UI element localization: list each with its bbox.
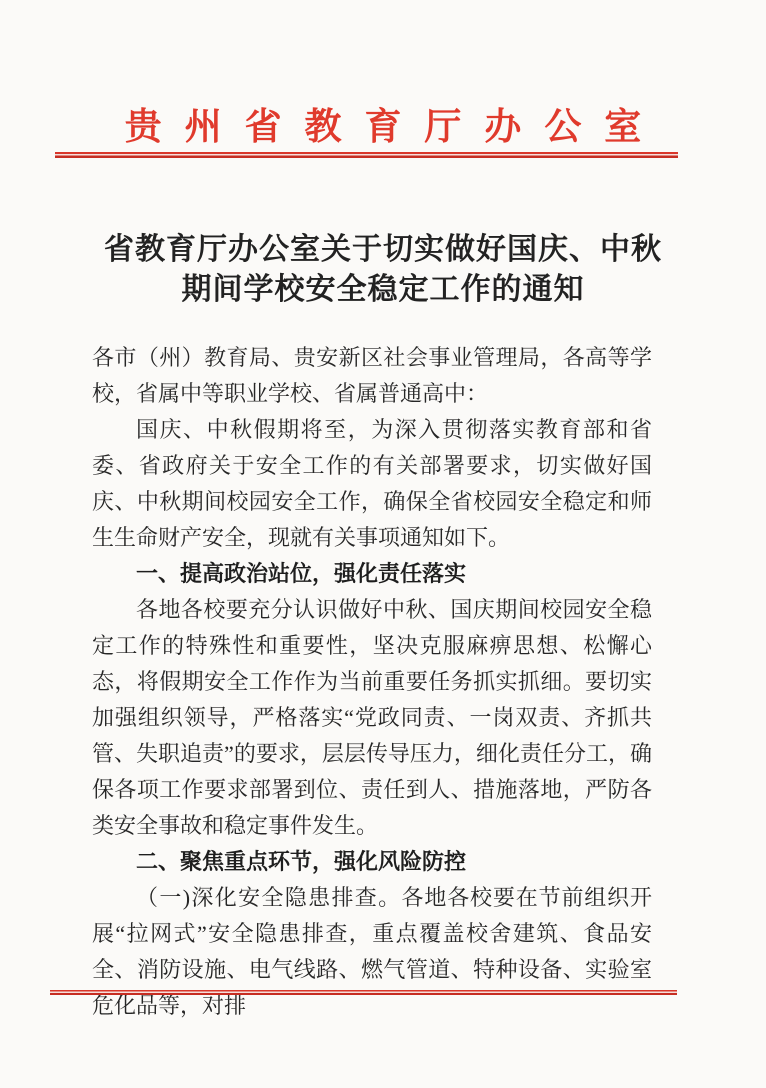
document-title-line1: 省教育厅办公室关于切实做好国庆、中秋 [0,230,766,270]
letterhead-rule [55,152,678,158]
document-title-line2: 期间学校安全稳定工作的通知 [0,270,766,310]
document-body: 各市（州）教育局、贵安新区社会事业管理局，各高等学校，省属中等职业学校、省属普通… [92,340,652,1024]
section-heading-1: 一、提高政治站位，强化责任落实 [92,556,652,592]
section-1-paragraph: 各地各校要充分认识做好中秋、国庆期间校园安全稳定工作的特殊性和重要性，坚决克服麻… [92,592,652,844]
document-title: 省教育厅办公室关于切实做好国庆、中秋 期间学校安全稳定工作的通知 [0,230,766,310]
intro-paragraph: 国庆、中秋假期将至，为深入贯彻落实教育部和省委、省政府关于安全工作的有关部署要求… [92,412,652,556]
letterhead-title: 贵州省教育厅办公室 [0,96,766,150]
footer-rule [50,990,677,995]
clause-lead-in: （一)深化安全隐患排查。 [136,885,402,910]
section-2-paragraph: （一)深化安全隐患排查。各地各校要在节前组织开展“拉网式”安全隐患排查，重点覆盖… [92,880,652,1024]
section-heading-2: 二、聚焦重点环节，强化风险防控 [92,844,652,880]
salutation: 各市（州）教育局、贵安新区社会事业管理局，各高等学校，省属中等职业学校、省属普通… [92,340,652,412]
document-page: 贵州省教育厅办公室 省教育厅办公室关于切实做好国庆、中秋 期间学校安全稳定工作的… [0,0,766,1088]
